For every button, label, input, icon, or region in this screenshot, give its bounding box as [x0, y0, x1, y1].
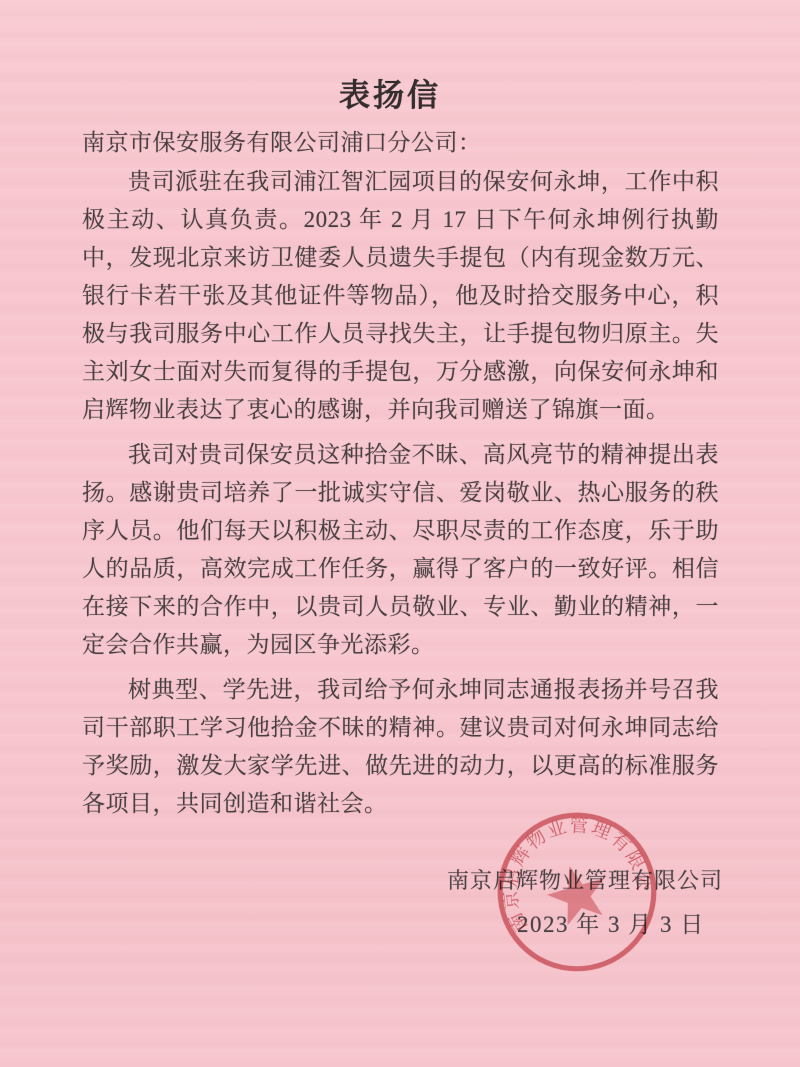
letter-title: 表扬信: [0, 70, 780, 115]
salutation-line: 南京市保安服务有限公司浦口分公司：: [82, 124, 719, 162]
paragraph-2: 我司对贵司保安员这种拾金不昧、高风亮节的精神提出表扬。感谢贵司培养了一批诚实守信…: [82, 436, 719, 664]
letter-body: 南京市保安服务有限公司浦口分公司： 贵司派驻在我司浦江智汇园项目的保安何永坤，工…: [82, 124, 719, 823]
paragraph-1: 贵司派驻在我司浦江智汇园项目的保安何永坤，工作中积极主动、认真负责。2023 年…: [82, 163, 719, 429]
seal-star-icon: [541, 858, 613, 928]
letter-page: 表扬信 南京市保安服务有限公司浦口分公司： 贵司派驻在我司浦江智汇园项目的保安何…: [0, 0, 800, 1067]
